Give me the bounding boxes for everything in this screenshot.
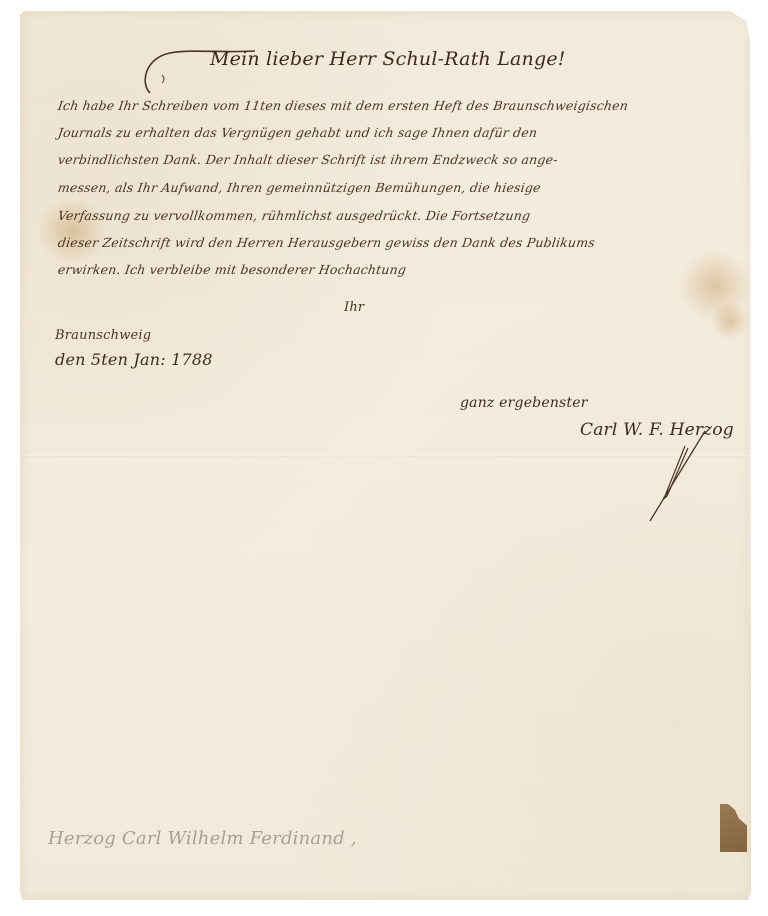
foxing-stain xyxy=(710,301,750,341)
letter-line: erwirken. Ich verbleibe mit besonderer H… xyxy=(57,262,407,277)
salutation: Mein lieber Herr Schul-Rath Lange! xyxy=(210,48,566,70)
letter-line: Journals zu erhalten das Vergnügen gehab… xyxy=(57,125,538,140)
letter-line: dieser Zeitschrift wird den Herren Herau… xyxy=(57,235,596,250)
date-line: den 5ten Jan: 1788 xyxy=(55,350,213,369)
closing-word: Ihr xyxy=(344,300,364,315)
letter-sheet xyxy=(20,11,751,900)
letter-line: messen, als Ihr Aufwand, Ihren gemeinnüt… xyxy=(57,180,542,195)
letter-line: verbindlichsten Dank. Der Inhalt dieser … xyxy=(57,152,559,167)
valediction: ganz ergebenster xyxy=(460,395,588,411)
place-line: Braunschweig xyxy=(55,328,151,343)
signature-flourish-icon xyxy=(630,426,710,526)
pencil-attribution: Herzog Carl Wilhelm Ferdinand , xyxy=(48,828,357,849)
letter-line: Ich habe Ihr Schreiben vom 11ten dieses … xyxy=(57,98,629,113)
letter-line: Verfassung zu vervollkommen, rühmlichst … xyxy=(57,208,531,223)
signature: Carl W. F. Herzog xyxy=(580,420,734,440)
